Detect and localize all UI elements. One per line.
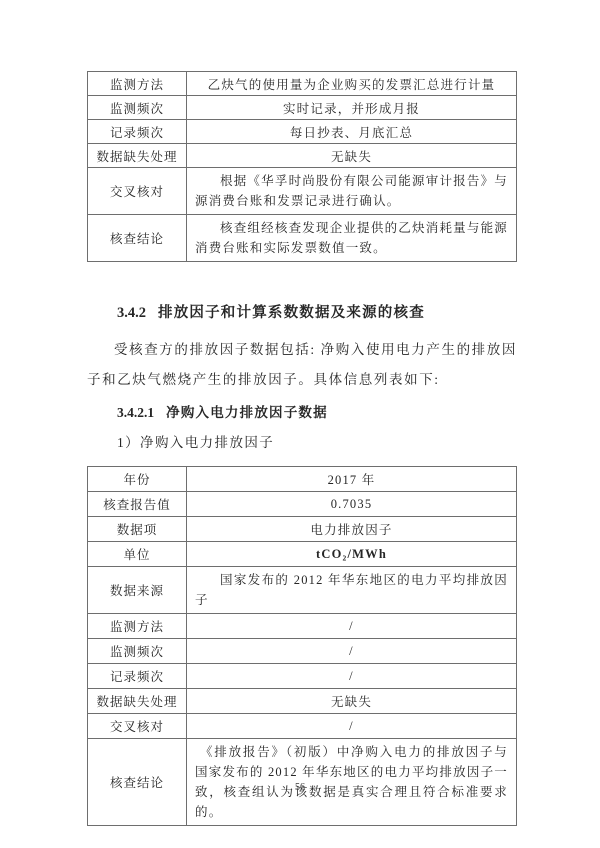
table-row: 年份2017 年 <box>88 467 517 492</box>
row-label-cell: 数据缺失处理 <box>88 144 187 168</box>
row-label-cell: 监测频次 <box>88 96 187 120</box>
row-value-cell: tCO₂/MWh <box>187 542 517 567</box>
row-label-cell: 核查报告值 <box>88 492 187 517</box>
row-value-cell: 核查组经核查发现企业提供的乙炔消耗量与能源消费台账和实际发票数值一致。 <box>187 215 517 262</box>
table-row: 单位tCO₂/MWh <box>88 542 517 567</box>
row-value-cell: 无缺失 <box>187 689 517 714</box>
list-item: 1）净购入电力排放因子 <box>87 429 517 457</box>
row-label-cell: 监测方法 <box>88 72 187 96</box>
section-paragraph: 受核查方的排放因子数据包括: 净购入使用电力产生的排放因子和乙炔气燃烧产生的排放… <box>87 335 517 395</box>
row-value-cell: / <box>187 664 517 689</box>
acetylene-monitoring-table: 监测方法乙炔气的使用量为企业购买的发票汇总进行计量监测频次实时记录，并形成月报记… <box>87 71 517 262</box>
row-label-cell: 核查结论 <box>88 215 187 262</box>
table-row: 核查报告值0.7035 <box>88 492 517 517</box>
row-value-cell: / <box>187 614 517 639</box>
table-row: 监测方法乙炔气的使用量为企业购买的发票汇总进行计量 <box>88 72 517 96</box>
row-label-cell: 监测频次 <box>88 639 187 664</box>
row-label-cell: 数据来源 <box>88 567 187 614</box>
row-value-cell: 2017 年 <box>187 467 517 492</box>
table-row: 数据缺失处理无缺失 <box>88 689 517 714</box>
subsection-heading: 3.4.2.1净购入电力排放因子数据 <box>87 399 517 427</box>
row-value-cell: 根据《华孚时尚股份有限公司能源审计报告》与源消费台账和发票记录进行确认。 <box>187 168 517 215</box>
row-label-cell: 记录频次 <box>88 664 187 689</box>
row-value-cell: / <box>187 639 517 664</box>
table-row: 记录频次每日抄表、月底汇总 <box>88 120 517 144</box>
row-label-cell: 数据缺失处理 <box>88 689 187 714</box>
subsection-heading-number: 3.4.2.1 <box>117 405 154 420</box>
row-value-cell: 无缺失 <box>187 144 517 168</box>
row-label-cell: 交叉核对 <box>88 714 187 739</box>
row-value-cell: 国家发布的 2012 年华东地区的电力平均排放因子 <box>187 567 517 614</box>
row-value-cell: 0.7035 <box>187 492 517 517</box>
table-row: 数据缺失处理无缺失 <box>88 144 517 168</box>
row-label-cell: 记录频次 <box>88 120 187 144</box>
electricity-emission-factor-table-body: 年份2017 年核查报告值0.7035数据项电力排放因子单位tCO₂/MWh数据… <box>88 467 517 826</box>
electricity-emission-factor-table: 年份2017 年核查报告值0.7035数据项电力排放因子单位tCO₂/MWh数据… <box>87 466 517 826</box>
row-value-cell: 电力排放因子 <box>187 517 517 542</box>
row-label-cell: 监测方法 <box>88 614 187 639</box>
row-value-cell: 每日抄表、月底汇总 <box>187 120 517 144</box>
table-row: 核查结论核查组经核查发现企业提供的乙炔消耗量与能源消费台账和实际发票数值一致。 <box>88 215 517 262</box>
section-heading-number: 3.4.2 <box>117 305 146 321</box>
table-row: 交叉核对根据《华孚时尚股份有限公司能源审计报告》与源消费台账和发票记录进行确认。 <box>88 168 517 215</box>
table-row: 记录频次/ <box>88 664 517 689</box>
row-value-cell: / <box>187 714 517 739</box>
table-row: 监测频次实时记录，并形成月报 <box>88 96 517 120</box>
section-heading-text: 排放因子和计算系数数据及来源的核查 <box>158 305 425 321</box>
row-value-cell: 实时记录，并形成月报 <box>187 96 517 120</box>
row-value-cell: 乙炔气的使用量为企业购买的发票汇总进行计量 <box>187 72 517 96</box>
document-page: 监测方法乙炔气的使用量为企业购买的发票汇总进行计量监测频次实时记录，并形成月报记… <box>0 0 600 848</box>
row-label-cell: 年份 <box>88 467 187 492</box>
row-label-cell: 数据项 <box>88 517 187 542</box>
table-row: 数据项电力排放因子 <box>88 517 517 542</box>
page-number: 56 <box>0 782 600 793</box>
table-row: 交叉核对/ <box>88 714 517 739</box>
table-row: 监测频次/ <box>88 639 517 664</box>
acetylene-monitoring-table-body: 监测方法乙炔气的使用量为企业购买的发票汇总进行计量监测频次实时记录，并形成月报记… <box>88 72 517 262</box>
row-label-cell: 交叉核对 <box>88 168 187 215</box>
document-content: 监测方法乙炔气的使用量为企业购买的发票汇总进行计量监测频次实时记录，并形成月报记… <box>87 0 517 826</box>
table-row: 监测方法/ <box>88 614 517 639</box>
subsection-heading-text: 净购入电力排放因子数据 <box>166 405 328 420</box>
row-label-cell: 单位 <box>88 542 187 567</box>
section-heading: 3.4.2排放因子和计算系数数据及来源的核查 <box>87 298 517 328</box>
table-row: 数据来源国家发布的 2012 年华东地区的电力平均排放因子 <box>88 567 517 614</box>
